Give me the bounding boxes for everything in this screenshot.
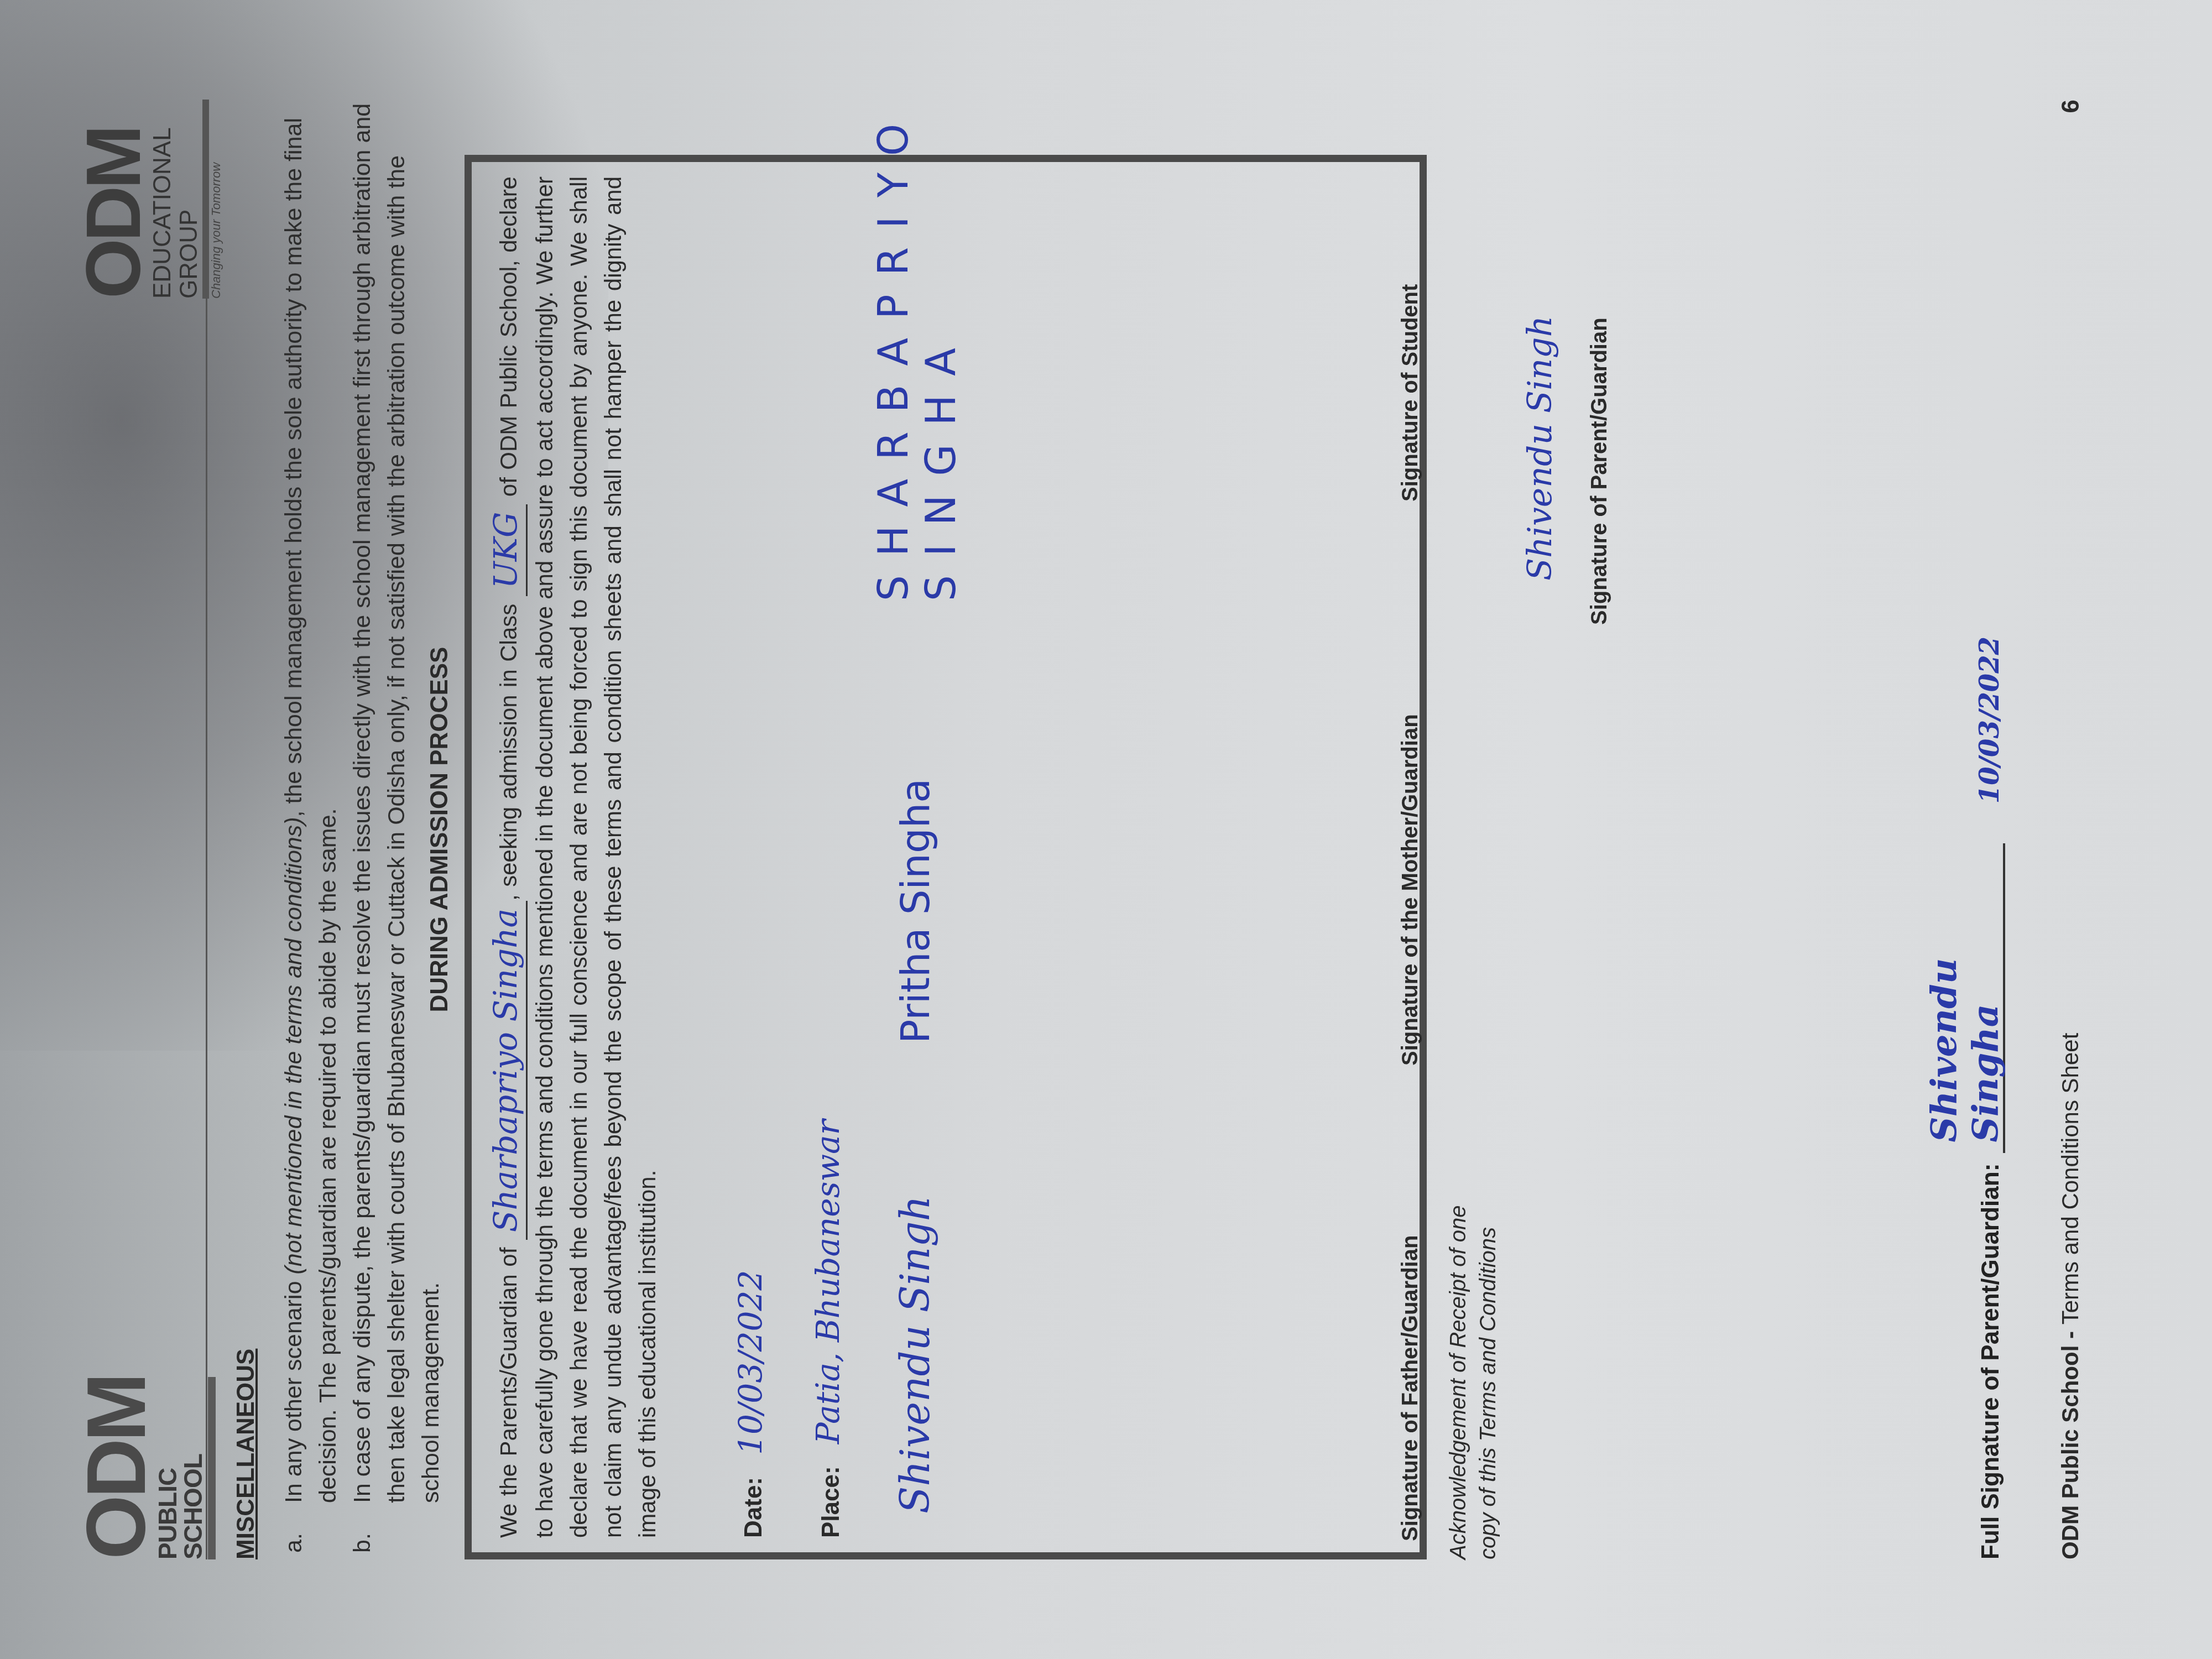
date-field: Date:10/03/2022 <box>732 1270 769 1538</box>
page-number: 6 <box>2057 100 2085 113</box>
student-signature[interactable]: SHARBAPRIYO SINGHA <box>870 48 965 601</box>
header-divider <box>206 100 207 1559</box>
admission-heading: DURING ADMISSION PROCESS <box>426 0 453 1659</box>
parent-signature[interactable]: Shivendu Singh <box>1521 316 1559 581</box>
declaration-text: We the Parents/Guardian of Sharbapriyo S… <box>488 176 665 1538</box>
class-field[interactable]: UKG <box>487 512 524 589</box>
parent-signature-label: Signature of Parent/Guardian <box>1587 317 1612 625</box>
miscellaneous-list: a. In any other scenario (not mentioned … <box>276 100 448 1559</box>
odm-public-school-logo: ODM PUBLIC SCHOOL <box>77 1377 199 1559</box>
father-signature[interactable]: Shivendu Singh <box>892 1196 938 1514</box>
miscellaneous-heading: MISCELLANEOUS <box>232 1349 260 1559</box>
mother-signature-label: Signature of the Mother/Guardian <box>1398 714 1423 1066</box>
full-signature-row: Full Signature of Parent/Guardian: Shive… <box>1974 637 2005 1559</box>
full-signature-date[interactable]: 10/03/2022 <box>1974 637 2005 804</box>
page-footer: ODM Public School - Terms and Conditions… <box>2057 1033 2084 1559</box>
mother-signature[interactable]: Pritha Singha <box>892 779 938 1044</box>
full-signature-line: Shivendu Singha <box>1975 843 2005 1153</box>
document-page: ODM PUBLIC SCHOOL ODM EDUCATIONAL GROUP … <box>0 0 2212 1659</box>
full-signature[interactable]: Shivendu Singha <box>1923 843 2006 1142</box>
list-item: a. In any other scenario (not mentioned … <box>276 100 345 1559</box>
declaration-box: We the Parents/Guardian of Sharbapriyo S… <box>465 155 1427 1559</box>
odm-educational-group-logo: ODM EDUCATIONAL GROUP Changing your Tomo… <box>77 100 199 299</box>
acknowledgement-text: Acknowledgement of Receipt of one copy o… <box>1443 1206 1503 1559</box>
student-name-field[interactable]: Sharbapriyo Singha <box>487 909 524 1232</box>
student-signature-label: Signature of Student <box>1398 284 1423 502</box>
father-signature-label: Signature of Father/Guardian <box>1398 1235 1423 1541</box>
place-field: Place:Patia, Bhubaneswar <box>809 1120 847 1538</box>
page-header: ODM PUBLIC SCHOOL ODM EDUCATIONAL GROUP … <box>77 100 205 1559</box>
